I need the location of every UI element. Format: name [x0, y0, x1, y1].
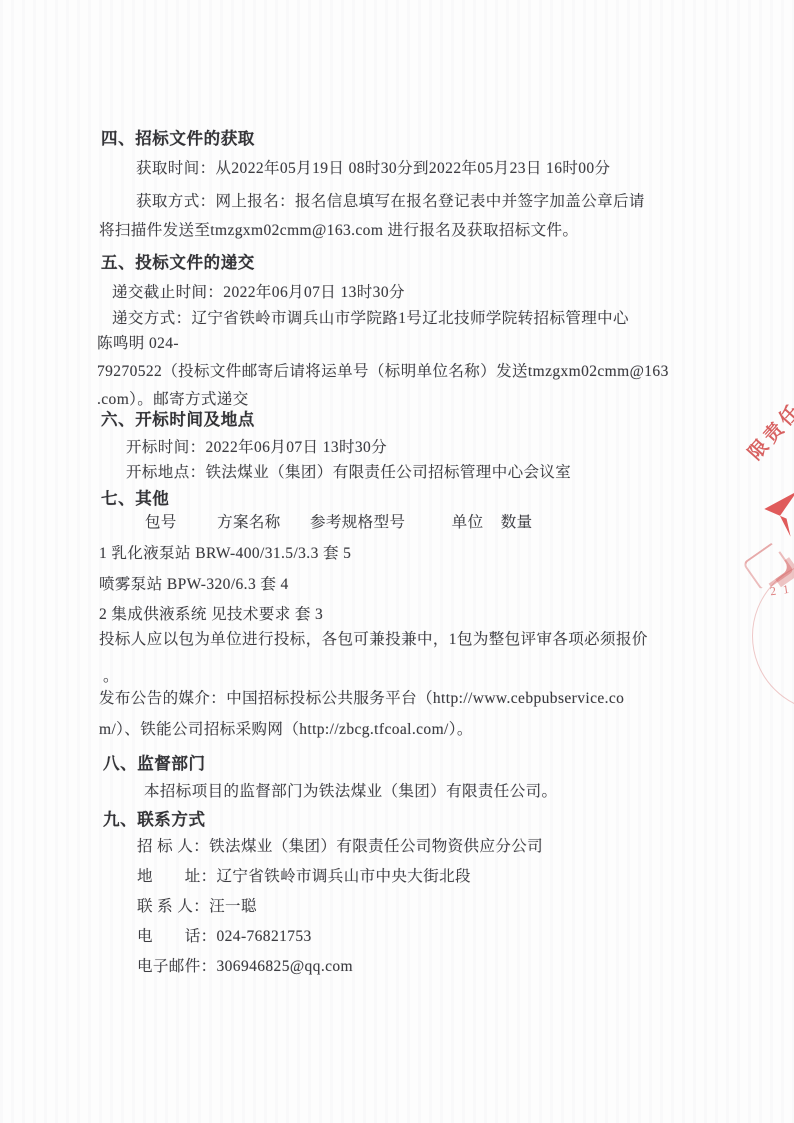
- package-row-2: 2 集成供液系统 见技术要求 套 3: [99, 604, 323, 626]
- announcement-media: 发布公告的媒介：中国招标投标公共服务平台（http://www.cebpubse…: [99, 688, 624, 710]
- section5-mail-note-cont: .com）。邮寄方式递交: [97, 389, 249, 411]
- phone-line: 电 话：024-76821753: [137, 926, 312, 948]
- document-page: 四、招标文件的获取 获取时间：从2022年05月19日 08时30分到2022年…: [0, 0, 794, 1123]
- section6-open-time: 开标时间：2022年06月07日 13时30分: [126, 437, 387, 459]
- section4-heading: 四、招标文件的获取: [101, 128, 255, 150]
- section4-obtain-time: 获取时间：从2022年05月19日 08时30分到2022年05月23日 16时…: [136, 158, 610, 180]
- section6-heading: 六、开标时间及地点: [101, 409, 255, 431]
- col-unit: 单位: [452, 512, 484, 534]
- col-spec-model: 参考规格型号: [310, 512, 405, 534]
- supervision-dept: 本招标项目的监督部门为铁法煤业（集团）有限责任公司。: [144, 781, 557, 803]
- package-row-1b: 喷雾泵站 BPW-320/6.3 套 4: [99, 574, 289, 596]
- bidding-note-cont: 。: [103, 666, 119, 688]
- company-seal-star-icon: [761, 487, 794, 537]
- section4-obtain-method-cont: 将扫描件发送至tmzgxm02cmm@163.com 进行报名及获取招标文件。: [99, 220, 578, 242]
- col-package-no: 包号: [145, 512, 177, 534]
- section7-heading: 七、其他: [101, 488, 169, 510]
- announcement-media-cont: m/）、铁能公司招标采购网（http://zbcg.tfcoal.com/）。: [99, 719, 473, 741]
- tenderer-line: 招 标 人：铁法煤业（集团）有限责任公司物资供应分公司: [137, 836, 543, 858]
- section5-phone-mail-note: 79270522（投标文件邮寄后请将运单号（标明单位名称）发送tmzgxm02c…: [97, 361, 669, 383]
- package-row-1: 1 乳化液泵站 BRW-400/31.5/3.3 套 5: [99, 543, 351, 565]
- bidding-note: 投标人应以包为单位进行投标，各包可兼投兼中，1包为整包评审各项必须报价: [99, 629, 648, 651]
- section5-deadline: 递交截止时间：2022年06月07日 13时30分: [112, 282, 405, 304]
- address-line: 地 址：辽宁省铁岭市调兵山市中央大街北段: [137, 866, 471, 888]
- section6-open-place: 开标地点：铁法煤业（集团）有限责任公司招标管理中心会议室: [126, 462, 571, 484]
- section5-delivery-method: 递交方式：辽宁省铁岭市调兵山市学院路1号辽北技师学院转招标管理中心: [112, 308, 629, 330]
- section4-obtain-method: 获取方式：网上报名：报名信息填写在报名登记表中并签字加盖公章后请: [136, 191, 645, 213]
- section5-contact-name-phone: 陈鸣明 024-: [97, 333, 179, 355]
- contact-person-line: 联 系 人：汪一聪: [137, 896, 257, 918]
- section8-heading: 八、监督部门: [103, 753, 206, 775]
- section9-heading: 九、联系方式: [103, 809, 206, 831]
- email-line: 电子邮件：306946825@qq.com: [137, 956, 353, 978]
- company-seal-arc-text: 限责任: [741, 396, 794, 465]
- col-plan-name: 方案名称: [217, 512, 281, 534]
- section5-heading: 五、投标文件的递交: [101, 252, 255, 274]
- col-quantity: 数量: [501, 512, 533, 534]
- package-table-header: 包号 方案名称 参考规格型号 单位 数量: [145, 512, 533, 534]
